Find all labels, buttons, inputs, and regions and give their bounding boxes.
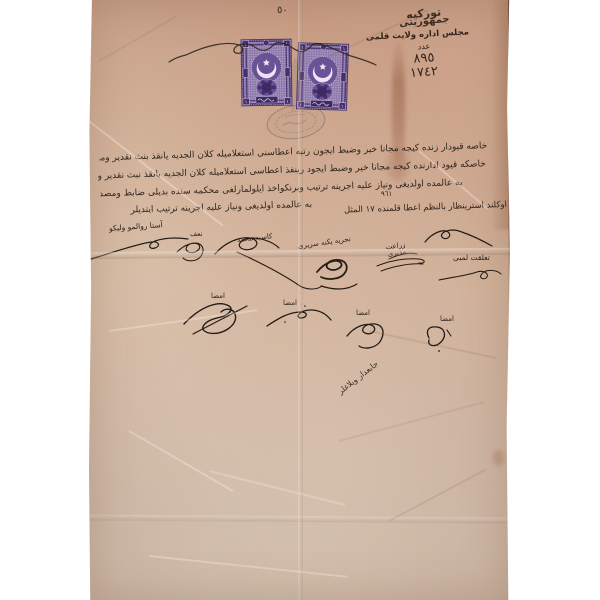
document-artwork: ١ ١ ١ ١ — [89, 0, 510, 600]
handstamp-value: ٥٠ — [277, 5, 288, 16]
signatures-row1 — [91, 230, 501, 289]
signature-scratchy — [377, 259, 424, 266]
signature-dark-center — [317, 260, 347, 279]
row2-imza-2: امضا — [283, 299, 297, 307]
row1-label-2: نعف — [190, 230, 203, 238]
signature-loops — [347, 324, 383, 348]
letterhead-tughra: تورکیه جمهوریتی — [378, 4, 469, 31]
revenue-stamp-left — [241, 39, 293, 107]
signatures-row2 — [184, 304, 451, 352]
document-paper: ١ ١ ١ ١ — [89, 0, 510, 600]
date-superscript: ٩٦١ — [381, 190, 392, 198]
signature-long-tail — [237, 252, 322, 289]
row1-label-6: تعلقت لمبی — [453, 253, 490, 262]
signature-small-left — [177, 243, 203, 261]
signature-c-curve — [427, 327, 444, 346]
row2-imza-4: امضا — [440, 315, 454, 323]
signature-flourish-left — [91, 238, 188, 259]
signature-top-right — [425, 230, 492, 246]
letterhead: تورکیه جمهوریتی مجلس اداره ولایت قلمی عد… — [379, 8, 469, 80]
photo-of-ottoman-document: ١ ١ ١ ١ — [0, 0, 600, 600]
signature-zigzag — [184, 304, 236, 334]
signature-mustafa — [267, 310, 331, 326]
row2-imza-1: امضا — [211, 292, 225, 300]
row2-imza-3: امضا — [356, 309, 370, 317]
signature-bottom-right — [439, 270, 501, 280]
